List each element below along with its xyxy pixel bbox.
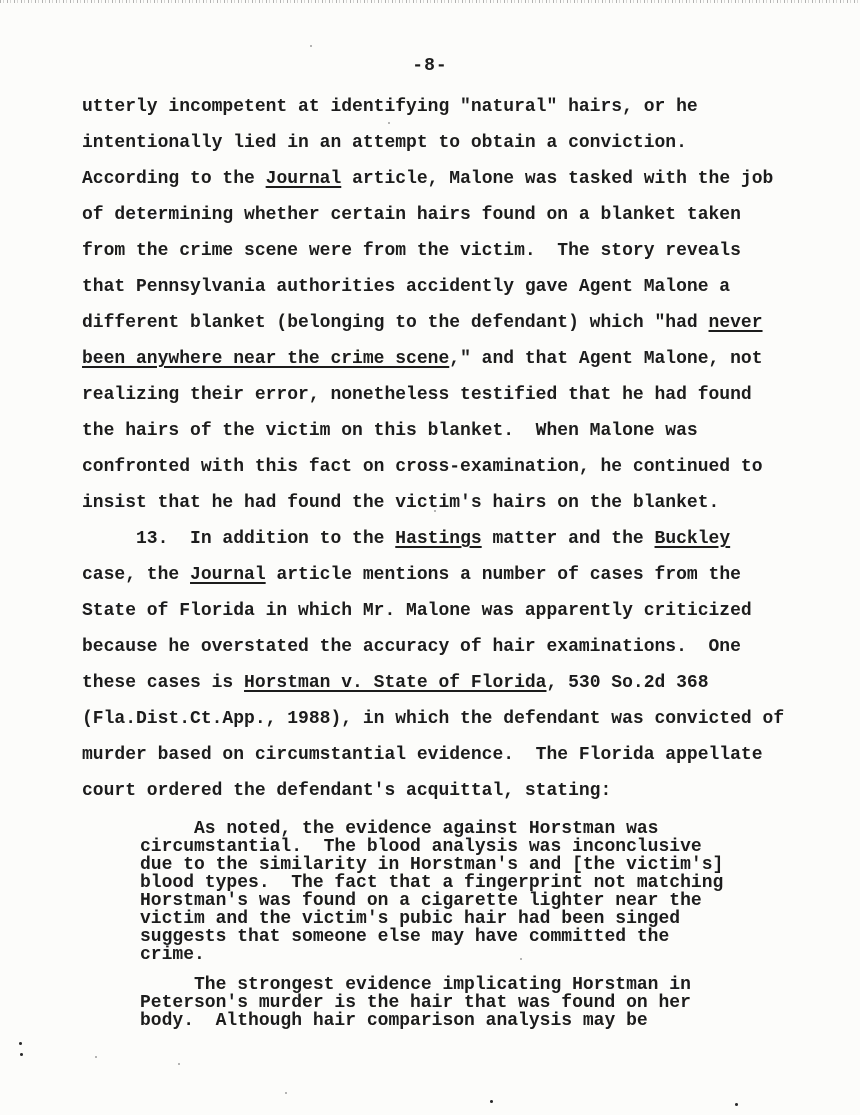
text-segment: crime. bbox=[140, 945, 205, 965]
underlined-text: never bbox=[709, 313, 763, 333]
text-segment: circumstantial. The blood analysis was i… bbox=[140, 837, 702, 857]
text-line: crime. bbox=[140, 946, 822, 964]
text-segment: intentionally lied in an attempt to obta… bbox=[82, 133, 687, 153]
text-segment: court ordered the defendant's acquittal,… bbox=[82, 781, 611, 801]
scan-speck bbox=[490, 1100, 493, 1103]
text-segment: these cases is bbox=[82, 673, 244, 693]
text-segment: Horstman's was found on a cigarette ligh… bbox=[140, 891, 702, 911]
text-line: of determining whether certain hairs fou… bbox=[82, 197, 822, 233]
paragraph-continuation: utterly incompetent at identifying "natu… bbox=[82, 89, 822, 521]
underlined-text: Buckley bbox=[655, 529, 731, 549]
text-line: due to the similarity in Horstman's and … bbox=[140, 856, 822, 874]
text-line: realizing their error, nonetheless testi… bbox=[82, 377, 822, 413]
text-line: utterly incompetent at identifying "natu… bbox=[82, 89, 822, 125]
text-segment: article mentions a number of cases from … bbox=[266, 565, 741, 585]
text-line: circumstantial. The blood analysis was i… bbox=[140, 838, 822, 856]
text-segment: Peterson's murder is the hair that was f… bbox=[140, 993, 691, 1013]
text-segment: due to the similarity in Horstman's and … bbox=[140, 855, 723, 875]
text-segment: According to the bbox=[82, 169, 266, 189]
text-segment: 13. In addition to the bbox=[82, 529, 395, 549]
text-line: confronted with this fact on cross-exami… bbox=[82, 449, 822, 485]
text-line: been anywhere near the crime scene," and… bbox=[82, 341, 822, 377]
document-page: -8- utterly incompetent at identifying "… bbox=[0, 0, 860, 1115]
underlined-text: Journal bbox=[266, 169, 342, 189]
text-line: 13. In addition to the Hastings matter a… bbox=[82, 521, 822, 557]
text-segment: the hairs of the victim on this blanket.… bbox=[82, 421, 698, 441]
document-body: utterly incompetent at identifying "natu… bbox=[82, 89, 822, 1030]
text-line: Peterson's murder is the hair that was f… bbox=[140, 994, 822, 1012]
text-line: insist that he had found the victim's ha… bbox=[82, 485, 822, 521]
text-line: body. Although hair comparison analysis … bbox=[140, 1012, 822, 1030]
scan-speck bbox=[735, 1103, 738, 1106]
underlined-text: been anywhere near the crime scene bbox=[82, 349, 449, 369]
text-segment: matter and the bbox=[482, 529, 655, 549]
scan-speck bbox=[388, 122, 390, 124]
text-line: State of Florida in which Mr. Malone was… bbox=[82, 593, 822, 629]
text-line: (Fla.Dist.Ct.App., 1988), in which the d… bbox=[82, 701, 822, 737]
text-line: The strongest evidence implicating Horst… bbox=[140, 976, 822, 994]
text-segment: utterly incompetent at identifying "natu… bbox=[82, 97, 698, 117]
text-segment: body. Although hair comparison analysis … bbox=[140, 1011, 648, 1031]
underlined-text: Hastings bbox=[395, 529, 481, 549]
text-segment: victim and the victim's pubic hair had b… bbox=[140, 909, 680, 929]
blockquote-2: The strongest evidence implicating Horst… bbox=[140, 976, 822, 1030]
page-number: -8- bbox=[0, 56, 860, 76]
scan-speck bbox=[178, 1063, 180, 1065]
text-segment: murder based on circumstantial evidence.… bbox=[82, 745, 763, 765]
text-line: victim and the victim's pubic hair had b… bbox=[140, 910, 822, 928]
paragraph-13: 13. In addition to the Hastings matter a… bbox=[82, 521, 822, 809]
blockquote-1: As noted, the evidence against Horstman … bbox=[140, 820, 822, 964]
text-line: different blanket (belonging to the defe… bbox=[82, 305, 822, 341]
text-segment: State of Florida in which Mr. Malone was… bbox=[82, 601, 752, 621]
text-line: the hairs of the victim on this blanket.… bbox=[82, 413, 822, 449]
text-line: blood types. The fact that a fingerprint… bbox=[140, 874, 822, 892]
text-line: court ordered the defendant's acquittal,… bbox=[82, 773, 822, 809]
scan-speck bbox=[520, 958, 522, 960]
text-line: As noted, the evidence against Horstman … bbox=[140, 820, 822, 838]
scan-speck bbox=[19, 1042, 22, 1045]
text-line: murder based on circumstantial evidence.… bbox=[82, 737, 822, 773]
text-segment: The strongest evidence implicating Horst… bbox=[140, 975, 691, 995]
underlined-text: Journal bbox=[190, 565, 266, 585]
text-segment: that Pennsylvania authorities accidently… bbox=[82, 277, 730, 297]
text-segment: suggests that someone else may have comm… bbox=[140, 927, 669, 947]
scan-speck bbox=[285, 1092, 287, 1094]
text-line: from the crime scene were from the victi… bbox=[82, 233, 822, 269]
scan-speck bbox=[95, 1056, 97, 1058]
scan-speck bbox=[310, 45, 312, 47]
text-segment: of determining whether certain hairs fou… bbox=[82, 205, 741, 225]
text-segment: realizing their error, nonetheless testi… bbox=[82, 385, 752, 405]
text-segment: (Fla.Dist.Ct.App., 1988), in which the d… bbox=[82, 709, 784, 729]
scan-speck bbox=[434, 510, 436, 512]
text-line: According to the Journal article, Malone… bbox=[82, 161, 822, 197]
underlined-text: Horstman v. State of Florida bbox=[244, 673, 546, 693]
text-segment: case, the bbox=[82, 565, 190, 585]
text-segment: , 530 So.2d 368 bbox=[546, 673, 708, 693]
scan-speck bbox=[696, 288, 698, 290]
text-line: Horstman's was found on a cigarette ligh… bbox=[140, 892, 822, 910]
text-line: intentionally lied in an attempt to obta… bbox=[82, 125, 822, 161]
text-segment: from the crime scene were from the victi… bbox=[82, 241, 741, 261]
text-line: case, the Journal article mentions a num… bbox=[82, 557, 822, 593]
text-segment: insist that he had found the victim's ha… bbox=[82, 493, 719, 513]
text-segment: confronted with this fact on cross-exami… bbox=[82, 457, 763, 477]
text-line: that Pennsylvania authorities accidently… bbox=[82, 269, 822, 305]
text-segment: blood types. The fact that a fingerprint… bbox=[140, 873, 723, 893]
text-segment: ," and that Agent Malone, not bbox=[449, 349, 762, 369]
text-line: because he overstated the accuracy of ha… bbox=[82, 629, 822, 665]
scan-speck bbox=[20, 1053, 23, 1056]
text-segment: because he overstated the accuracy of ha… bbox=[82, 637, 741, 657]
text-segment: article, Malone was tasked with the job bbox=[341, 169, 773, 189]
text-line: these cases is Horstman v. State of Flor… bbox=[82, 665, 822, 701]
text-segment: different blanket (belonging to the defe… bbox=[82, 313, 709, 333]
text-line: suggests that someone else may have comm… bbox=[140, 928, 822, 946]
text-segment: As noted, the evidence against Horstman … bbox=[140, 819, 658, 839]
scan-noise-band bbox=[0, 0, 860, 3]
